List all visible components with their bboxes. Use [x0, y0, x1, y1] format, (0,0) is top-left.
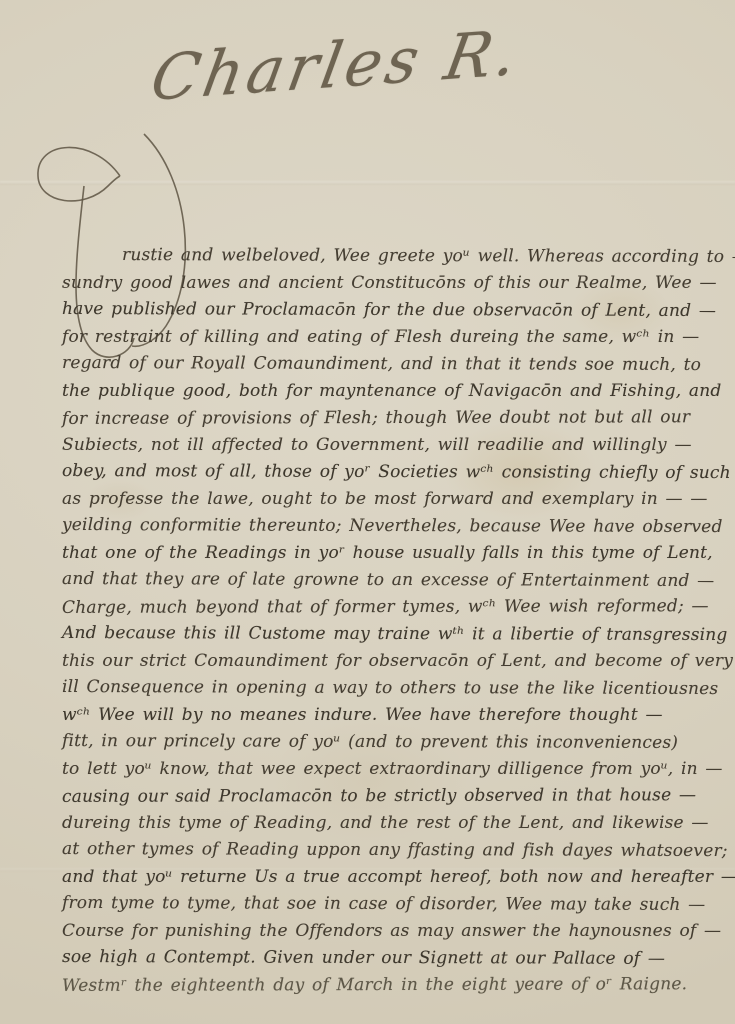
text-line: sundry good lawes and ancient Constitucō…	[62, 270, 722, 297]
text-line: for restraint of killing and eating of F…	[62, 324, 722, 351]
text-line: this our strict Comaundiment for observa…	[62, 648, 722, 675]
text-line: Charge, much beyond that of former tymes…	[62, 593, 722, 622]
text-line: for increase of provisions of Flesh; tho…	[62, 404, 722, 433]
text-line: that one of the Readings in yoʳ house us…	[62, 540, 722, 567]
text-line: ill Consequence in opening a way to othe…	[62, 674, 722, 703]
text-line: causing our said Proclamacōn to be stric…	[62, 782, 722, 811]
text-line: as professe the lawe, ought to be most f…	[62, 486, 722, 513]
manuscript-page: Charles R. rustie and welbeloved, Wee gr…	[0, 0, 735, 1024]
text-line: wᶜʰ Wee will by no meanes indure. Wee ha…	[62, 702, 722, 729]
text-line: obey, and most of all, those of yoʳ Soci…	[62, 458, 722, 487]
letter-body: rustie and welbeloved, Wee greete yoᵘ we…	[62, 243, 722, 999]
text-line: at other tymes of Reading uppon any ffas…	[62, 836, 722, 865]
text-line: have published our Proclamacōn for the d…	[62, 296, 722, 325]
text-line: from tyme to tyme, that soe in case of d…	[62, 890, 722, 919]
text-line: fitt, in our princely care of yoᵘ (and t…	[62, 728, 722, 757]
text-line: Subiects, not ill affected to Government…	[62, 432, 722, 459]
royal-signature: Charles R.	[146, 18, 488, 115]
text-line: Westmʳ the eighteenth day of March in th…	[62, 971, 722, 1000]
text-line: rustie and welbeloved, Wee greete yoᵘ we…	[122, 242, 722, 271]
text-line: Course for punishing the Offendors as ma…	[62, 918, 722, 945]
text-line: soe high a Contempt. Given under our Sig…	[62, 944, 722, 973]
text-line: and that they are of late growne to an e…	[62, 566, 722, 595]
text-line: to lett yoᵘ know, that wee expect extrao…	[62, 756, 722, 783]
text-line: and that yoᵘ returne Us a true accompt h…	[62, 864, 722, 891]
text-line: yeilding conformitie thereunto; Neverthe…	[62, 512, 722, 541]
text-line: And because this ill Custome may traine …	[62, 620, 722, 649]
text-line: dureing this tyme of Reading, and the re…	[62, 810, 722, 837]
text-line: the publique good, both for mayntenance …	[62, 378, 722, 405]
text-line: regard of our Royall Comaundiment, and i…	[62, 350, 722, 379]
